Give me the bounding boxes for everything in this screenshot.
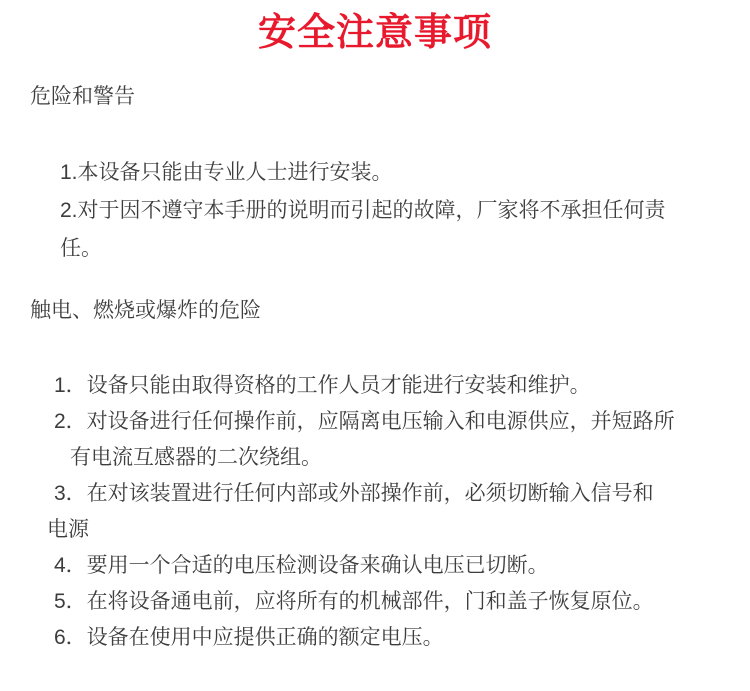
list-item-line: 电源 — [47, 512, 750, 548]
list-item: 5．在将设备通电前，应将所有的机械部件，门和盖子恢复原位。 — [54, 584, 750, 620]
list-item: 2．对设备进行任何操作前，应隔离电压输入和电源供应，并短路所 有电流互感器的二次… — [54, 404, 750, 476]
list-item-line: 5．在将设备通电前，应将所有的机械部件，门和盖子恢复原位。 — [54, 584, 750, 620]
list-item: 4．要用一个合适的电压检测设备来确认电压已切断。 — [54, 548, 750, 584]
list-item: 1.本设备只能由专业人士进行安装。 — [60, 154, 750, 192]
list-item-line: 2.对于因不遵守本手册的说明而引起的故障，厂家将不承担任何责 — [60, 192, 750, 230]
danger-warning-list: 1.本设备只能由专业人士进行安装。 2.对于因不遵守本手册的说明而引起的故障，厂… — [0, 154, 750, 268]
list-item-line: 6．设备在使用中应提供正确的额定电压。 — [54, 620, 750, 656]
section-heading-shock-burn-explosion: 触电、燃烧或爆炸的危险 — [0, 298, 750, 324]
list-item-line: 任。 — [60, 230, 750, 268]
list-item: 3．在对该装置进行任何内部或外部操作前，必须切断输入信号和 电源 — [54, 476, 750, 548]
safety-notice-document: 安全注意事项 危险和警告 1.本设备只能由专业人士进行安装。 2.对于因不遵守本… — [0, 0, 750, 691]
list-item-line: 4．要用一个合适的电压检测设备来确认电压已切断。 — [54, 548, 750, 584]
list-item-line: 1.本设备只能由专业人士进行安装。 — [60, 154, 750, 192]
list-item: 1．设备只能由取得资格的工作人员才能进行安装和维护。 — [54, 368, 750, 404]
list-item-line: 3．在对该装置进行任何内部或外部操作前，必须切断输入信号和 — [54, 476, 750, 512]
list-item: 2.对于因不遵守本手册的说明而引起的故障，厂家将不承担任何责 任。 — [60, 192, 750, 268]
page-title: 安全注意事项 — [0, 0, 750, 56]
list-item-line: 有电流互感器的二次绕组。 — [70, 440, 750, 476]
list-item: 6．设备在使用中应提供正确的额定电压。 — [54, 620, 750, 656]
list-item-line: 2．对设备进行任何操作前，应隔离电压输入和电源供应，并短路所 — [54, 404, 750, 440]
shock-hazard-list: 1．设备只能由取得资格的工作人员才能进行安装和维护。 2．对设备进行任何操作前，… — [0, 368, 750, 656]
section-heading-danger-warning: 危险和警告 — [0, 84, 750, 110]
list-item-line: 1．设备只能由取得资格的工作人员才能进行安装和维护。 — [54, 368, 750, 404]
